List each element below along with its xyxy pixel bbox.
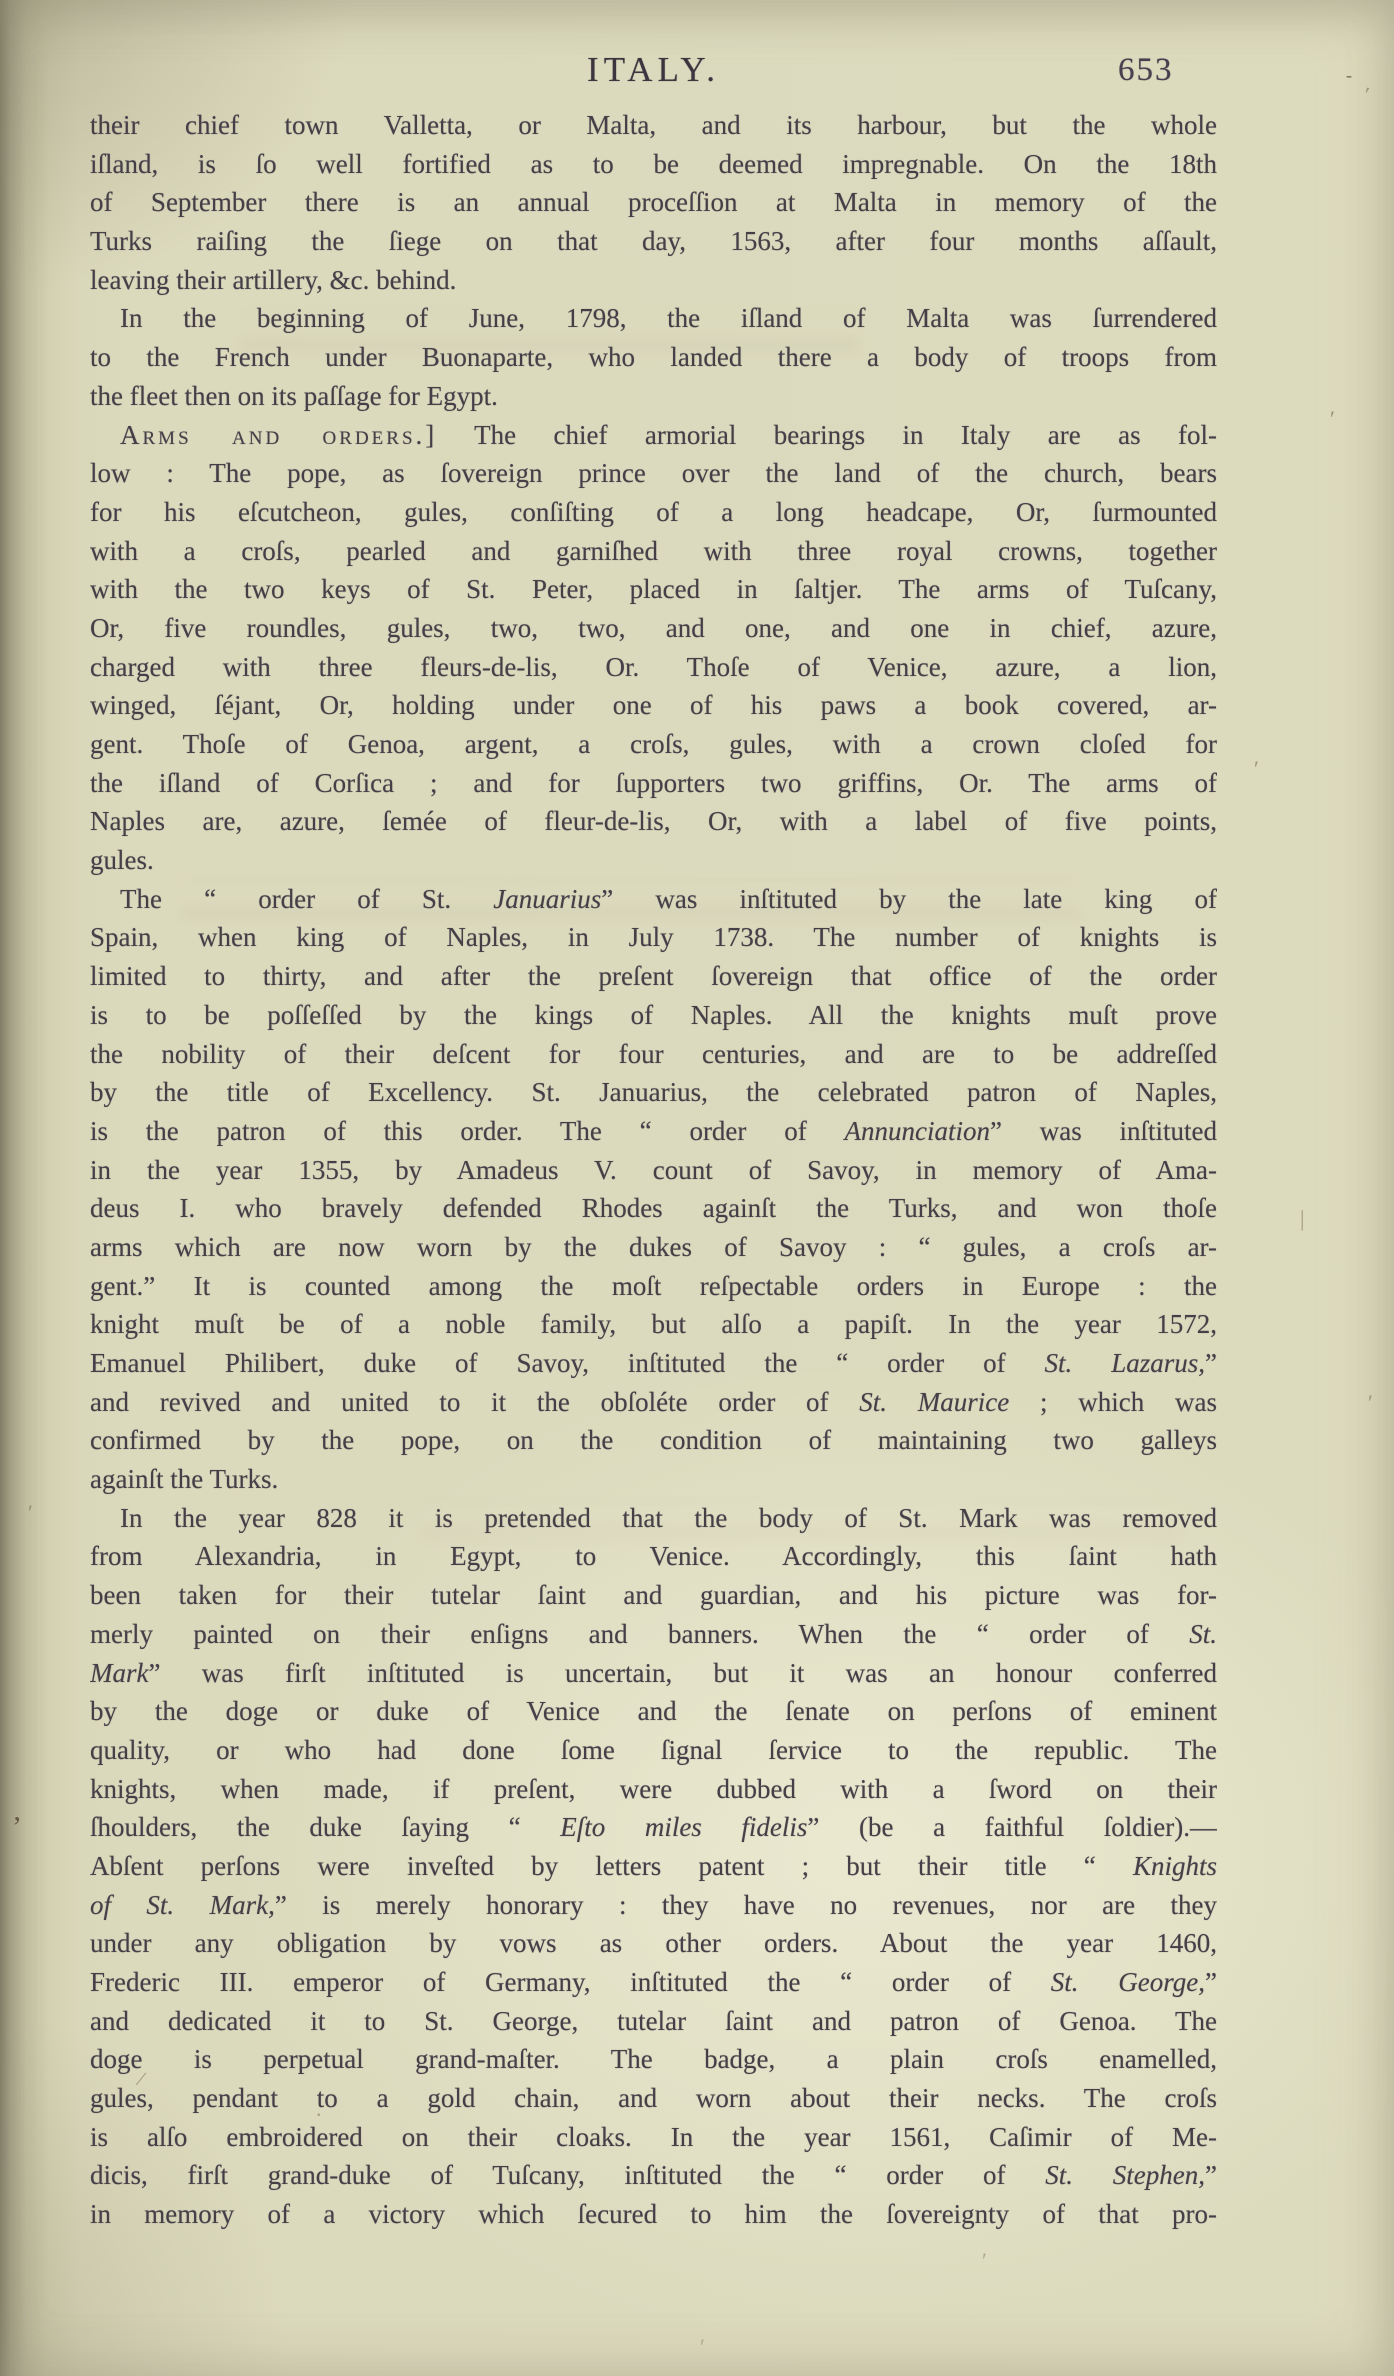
text-line: leaving their artillery, &c. behind. (90, 261, 1217, 300)
text-line: Emanuel Philibert, duke of Savoy, inſtit… (90, 1344, 1217, 1383)
text-segment: winged, ſéjant, Or, holding under one of… (90, 690, 1217, 720)
text-line: againſt the Turks. (90, 1460, 1217, 1499)
text-segment: confirmed by the pope, on the condition … (90, 1425, 1217, 1455)
text-segment: dicis, firſt grand-duke of Tuſcany, inſt… (90, 2160, 1045, 2190)
ink-speck: ′ (1330, 408, 1335, 430)
text-line: been taken for their tutelar ſaint and g… (90, 1576, 1217, 1615)
italic-text: St. Maurice (859, 1387, 1009, 1417)
text-segment: by the title of Excellency. St. Januariu… (90, 1077, 1217, 1107)
text-segment: merly painted on their enſigns and banne… (90, 1619, 1189, 1649)
text-line: Spain, when king of Naples, in July 1738… (90, 918, 1217, 957)
text-segment: leaving their artillery, &c. behind. (90, 265, 456, 295)
text-line: In the year 828 it is pretended that the… (90, 1499, 1217, 1538)
text-line: is to be poſſeſſed by the kings of Naple… (90, 996, 1217, 1035)
text-segment: gent. Thoſe of Genoa, argent, a croſs, g… (90, 729, 1217, 759)
text-line: limited to thirty, and after the preſent… (90, 957, 1217, 996)
text-line: Or, five roundles, gules, two, two, and … (90, 609, 1217, 648)
text-segment: is alſo embroidered on their cloaks. In … (90, 2122, 1217, 2152)
text-segment: charged with three fleurs-de-lis, Or. Th… (90, 652, 1217, 682)
ink-speck: - (1346, 66, 1352, 84)
text-segment: Emanuel Philibert, duke of Savoy, inſtit… (90, 1348, 1045, 1378)
text-segment: in the year 1355, by Amadeus V. count of… (90, 1155, 1217, 1185)
text-segment: Abſent perſons were inveſted by letters … (90, 1851, 1133, 1881)
italic-text: Knights (1133, 1851, 1217, 1881)
text-line: in the year 1355, by Amadeus V. count of… (90, 1151, 1217, 1190)
text-line: Turks raiſing the ſiege on that day, 156… (90, 222, 1217, 261)
text-segment: In the beginning of June, 1798, the iſla… (120, 303, 1217, 333)
text-line: of St. Mark,” is merely honorary : they … (90, 1886, 1217, 1925)
text-line: the iſland of Corſica ; and for ſupporte… (90, 764, 1217, 803)
text-segment: knight muſt be of a noble family, but al… (90, 1309, 1217, 1339)
text-segment: from Alexandria, in Egypt, to Venice. Ac… (90, 1541, 1217, 1571)
italic-text: Eſto miles fidelis (560, 1812, 807, 1842)
text-line: the fleet then on its paſſage for Egypt. (90, 377, 1217, 416)
text-line: with the two keys of St. Peter, placed i… (90, 570, 1217, 609)
text-segment: their chief town Valletta, or Malta, and… (90, 110, 1217, 140)
text-line: by the title of Excellency. St. Januariu… (90, 1073, 1217, 1112)
italic-text: Januarius (493, 884, 601, 914)
text-segment: knights, when made, if preſent, were dub… (90, 1774, 1217, 1804)
text-line: Mark” was firſt inſtituted is uncertain,… (90, 1654, 1217, 1693)
text-line: The “ order of St. Januarius” was inſtit… (90, 880, 1217, 919)
italic-text: St. (1189, 1619, 1217, 1649)
italic-text: Annunciation (844, 1116, 989, 1146)
text-segment: Frederic III. emperor of Germany, inſtit… (90, 1967, 1051, 1997)
text-segment: with a croſs, pearled and garniſhed with… (90, 536, 1217, 566)
ink-speck: ′ (1362, 84, 1371, 107)
text-segment: ” (1205, 1967, 1217, 1997)
text-segment: of September there is an annual proceſſi… (90, 187, 1217, 217)
ink-speck: ′ (700, 2336, 705, 2358)
italic-text: St. George, (1051, 1967, 1205, 1997)
text-segment: low : The pope, as ſovereign prince over… (90, 458, 1217, 488)
text-segment: the nobility of their deſcent for four c… (90, 1039, 1217, 1069)
text-line: their chief town Valletta, or Malta, and… (90, 106, 1217, 145)
text-line: dicis, firſt grand-duke of Tuſcany, inſt… (90, 2156, 1217, 2195)
italic-text: of St. Mark, (90, 1890, 275, 1920)
text-line: low : The pope, as ſovereign prince over… (90, 454, 1217, 493)
text-segment: ” (1205, 1348, 1217, 1378)
text-line: merly painted on their enſigns and banne… (90, 1615, 1217, 1654)
text-segment: againſt the Turks. (90, 1464, 278, 1494)
text-line: quality, or who had done ſome ſignal ſer… (90, 1731, 1217, 1770)
text-segment: to the French under Buonaparte, who land… (90, 342, 1217, 372)
text-segment: Naples are, azure, ſemée of fleur-de-lis… (90, 806, 1217, 836)
ink-speck: ′ (28, 1502, 33, 1524)
text-segment: The chief armorial bearings in Italy are… (437, 420, 1217, 450)
text-line: Arms and orders.] The chief armorial bea… (90, 416, 1217, 455)
text-line: Frederic III. emperor of Germany, inſtit… (90, 1963, 1217, 2002)
text-segment: by the doge or duke of Venice and the ſe… (90, 1696, 1217, 1726)
text-line: gent.” It is counted among the moſt reſp… (90, 1267, 1217, 1306)
text-line: ſhoulders, the duke ſaying “ Eſto miles … (90, 1808, 1217, 1847)
text-line: Naples are, azure, ſemée of fleur-de-lis… (90, 802, 1217, 841)
text-line: from Alexandria, in Egypt, to Venice. Ac… (90, 1537, 1217, 1576)
text-segment: gules. (90, 845, 154, 875)
text-line: under any obligation by vows as other or… (90, 1924, 1217, 1963)
text-line: confirmed by the pope, on the condition … (90, 1421, 1217, 1460)
ink-speck: | (1300, 1208, 1304, 1230)
text-line: gules, pendant to a gold chain, and worn… (90, 2079, 1217, 2118)
text-segment: is the patron of this order. The “ order… (90, 1116, 844, 1146)
book-page: ITALY. 653 their chief town Valletta, or… (0, 0, 1394, 2376)
text-segment: ” was firſt inſtituted is uncertain, but… (148, 1658, 1217, 1688)
text-segment: limited to thirty, and after the preſent… (90, 961, 1217, 991)
text-line: knights, when made, if preſent, were dub… (90, 1770, 1217, 1809)
body-text: their chief town Valletta, or Malta, and… (90, 106, 1217, 2234)
text-segment: ” (1205, 2160, 1217, 2190)
text-segment: and revived and united to it the obſolét… (90, 1387, 859, 1417)
text-segment: gules, pendant to a gold chain, and worn… (90, 2083, 1217, 2113)
text-segment: gent.” It is counted among the moſt reſp… (90, 1271, 1217, 1301)
text-segment: quality, or who had done ſome ſignal ſer… (90, 1735, 1217, 1765)
text-line: Abſent perſons were inveſted by letters … (90, 1847, 1217, 1886)
text-line: knight muſt be of a noble family, but al… (90, 1305, 1217, 1344)
text-line: In the beginning of June, 1798, the iſla… (90, 299, 1217, 338)
text-segment: the iſland of Corſica ; and for ſupporte… (90, 768, 1217, 798)
text-segment: In the year 828 it is pretended that the… (120, 1503, 1217, 1533)
text-line: in memory of a victory which ſecured to … (90, 2195, 1217, 2234)
text-segment: the fleet then on its paſſage for Egypt. (90, 381, 498, 411)
text-segment: been taken for their tutelar ſaint and g… (90, 1580, 1217, 1610)
text-line: gent. Thoſe of Genoa, argent, a croſs, g… (90, 725, 1217, 764)
text-line: the nobility of their deſcent for four c… (90, 1035, 1217, 1074)
text-segment: ; which was (1009, 1387, 1217, 1417)
text-line: winged, ſéjant, Or, holding under one of… (90, 686, 1217, 725)
text-line: charged with three fleurs-de-lis, Or. Th… (90, 648, 1217, 687)
text-segment: in memory of a victory which ſecured to … (90, 2199, 1217, 2229)
text-line: for his eſcutcheon, gules, conſiſting of… (90, 493, 1217, 532)
text-line: with a croſs, pearled and garniſhed with… (90, 532, 1217, 571)
text-segment: Spain, when king of Naples, in July 1738… (90, 922, 1217, 952)
text-line: gules. (90, 841, 1217, 880)
text-segment: iſland, is ſo well fortified as to be de… (90, 149, 1217, 179)
text-line: is alſo embroidered on their cloaks. In … (90, 2118, 1217, 2157)
text-segment: and dedicated it to St. George, tutelar … (90, 2006, 1217, 2036)
ink-speck: ′ (982, 2250, 987, 2272)
text-segment: ſhoulders, the duke ſaying “ (90, 1812, 560, 1842)
text-segment: arms which are now worn by the dukes of … (90, 1232, 1217, 1262)
page-number: 653 (1118, 52, 1174, 89)
text-segment: ” was inſtituted by the late king of (601, 884, 1217, 914)
text-line: doge is perpetual grand-maſter. The badg… (90, 2040, 1217, 2079)
text-segment: Turks raiſing the ſiege on that day, 156… (90, 226, 1217, 256)
ink-speck: ′ (1368, 1392, 1373, 1414)
text-segment: with the two keys of St. Peter, placed i… (90, 574, 1217, 604)
text-line: is the patron of this order. The “ order… (90, 1112, 1217, 1151)
text-line: arms which are now worn by the dukes of … (90, 1228, 1217, 1267)
text-segment: doge is perpetual grand-maſter. The badg… (90, 2044, 1217, 2074)
text-segment: Or, five roundles, gules, two, two, and … (90, 613, 1217, 643)
text-line: and revived and united to it the obſolét… (90, 1383, 1217, 1422)
text-line: to the French under Buonaparte, who land… (90, 338, 1217, 377)
text-segment: ” is merely honorary : they have no reve… (275, 1890, 1217, 1920)
smallcaps-heading: Arms and orders.] (120, 420, 437, 450)
text-segment: under any obligation by vows as other or… (90, 1928, 1217, 1958)
ink-blot: ‚ (12, 1796, 22, 1826)
text-segment: is to be poſſeſſed by the kings of Naple… (90, 1000, 1217, 1030)
text-line: by the doge or duke of Venice and the ſe… (90, 1692, 1217, 1731)
italic-text: St. Lazarus, (1045, 1348, 1205, 1378)
text-segment: deus I. who bravely defended Rhodes agai… (90, 1193, 1217, 1223)
text-segment: ” (be a faithful ſoldier).— (807, 1812, 1217, 1842)
text-line: iſland, is ſo well fortified as to be de… (90, 145, 1217, 184)
text-line: and dedicated it to St. George, tutelar … (90, 2002, 1217, 2041)
text-segment: The “ order of St. (120, 884, 493, 914)
ink-speck: ′ (1254, 758, 1259, 780)
text-segment: ” was inſtituted (990, 1116, 1217, 1146)
text-line: of September there is an annual proceſſi… (90, 183, 1217, 222)
running-head-title: ITALY. (90, 50, 1217, 90)
italic-text: Mark (90, 1658, 148, 1688)
text-segment: for his eſcutcheon, gules, conſiſting of… (90, 497, 1217, 527)
text-line: deus I. who bravely defended Rhodes agai… (90, 1189, 1217, 1228)
italic-text: St. Stephen, (1045, 2160, 1205, 2190)
